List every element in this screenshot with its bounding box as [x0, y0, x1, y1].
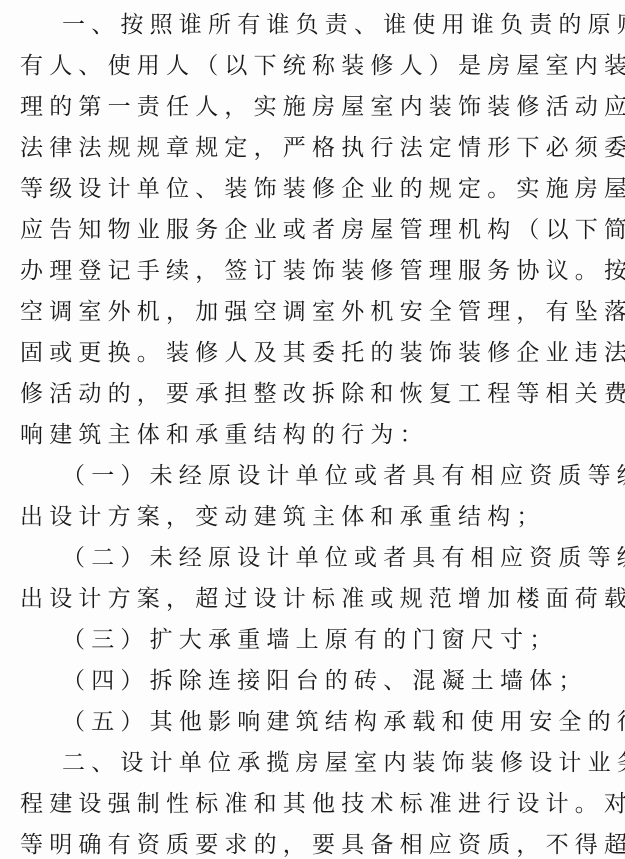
paragraph-2-line-2: 程建设强制性标准和其他技术标准进行设计。对于法律法规规章 [20, 789, 625, 819]
document-page: 一、按照谁所有谁负责、谁使用谁负责的原则，城市房屋所 有人、使用人（以下统称装修… [0, 0, 625, 859]
item-3-line-1: （三）扩大承重墙上原有的门窗尺寸； [62, 625, 558, 655]
paragraph-1-line-5: 等级设计单位、装饰装修企业的规定。实施房屋室内装饰装修前 [20, 174, 625, 204]
paragraph-1-line-10: 修活动的，要承担整改拆除和恢复工程等相关费用。禁止以下影 [20, 379, 625, 409]
item-2-line-2: 出设计方案，超过设计标准或规范增加楼面荷载； [20, 584, 625, 614]
paragraph-1-line-2: 有人、使用人（以下统称装修人）是房屋室内装饰装修安全管 [20, 51, 625, 81]
item-5-line-1: （五）其他影响建筑结构承载和使用安全的行为。 [62, 707, 625, 737]
paragraph-1-line-4: 法律法规规章规定，严格执行法定情形下必须委托具有相应资质 [20, 133, 625, 163]
paragraph-1-line-9: 固或更换。装修人及其委托的装饰装修企业违法违规开展装饰装 [20, 338, 625, 368]
item-1-line-1: （一）未经原设计单位或者具有相应资质等级的设计单位提 [62, 461, 625, 491]
paragraph-1-line-1: 一、按照谁所有谁负责、谁使用谁负责的原则，城市房屋所 [62, 10, 625, 40]
paragraph-2-line-1: 二、设计单位承揽房屋室内装饰装修设计业务时，应按照工 [62, 748, 625, 778]
item-2-line-1: （二）未经原设计单位或者具有相应资质等级的设计单位提 [62, 543, 625, 573]
paragraph-2-line-3: 等明确有资质要求的，要具备相应资质，不得超越资质等级承揽 [20, 830, 625, 859]
paragraph-1-line-6: 应告知物业服务企业或者房屋管理机构（以下简称管理单位）， [20, 215, 625, 245]
paragraph-1-line-7: 办理登记手续，签订装饰装修管理服务协议。按照标准规范安装 [20, 256, 625, 286]
paragraph-1-line-11: 响建筑主体和承重结构的行为： [20, 420, 429, 450]
paragraph-1-line-3: 理的第一责任人，实施房屋室内装饰装修活动应当严格遵守有关 [20, 92, 625, 122]
item-4-line-1: （四）拆除连接阳台的砖、混凝土墙体； [62, 666, 588, 696]
paragraph-1-line-8: 空调室外机，加强空调室外机安全管理，有坠落风险的应及时加 [20, 297, 625, 327]
item-1-line-2: 出设计方案，变动建筑主体和承重结构； [20, 502, 546, 532]
